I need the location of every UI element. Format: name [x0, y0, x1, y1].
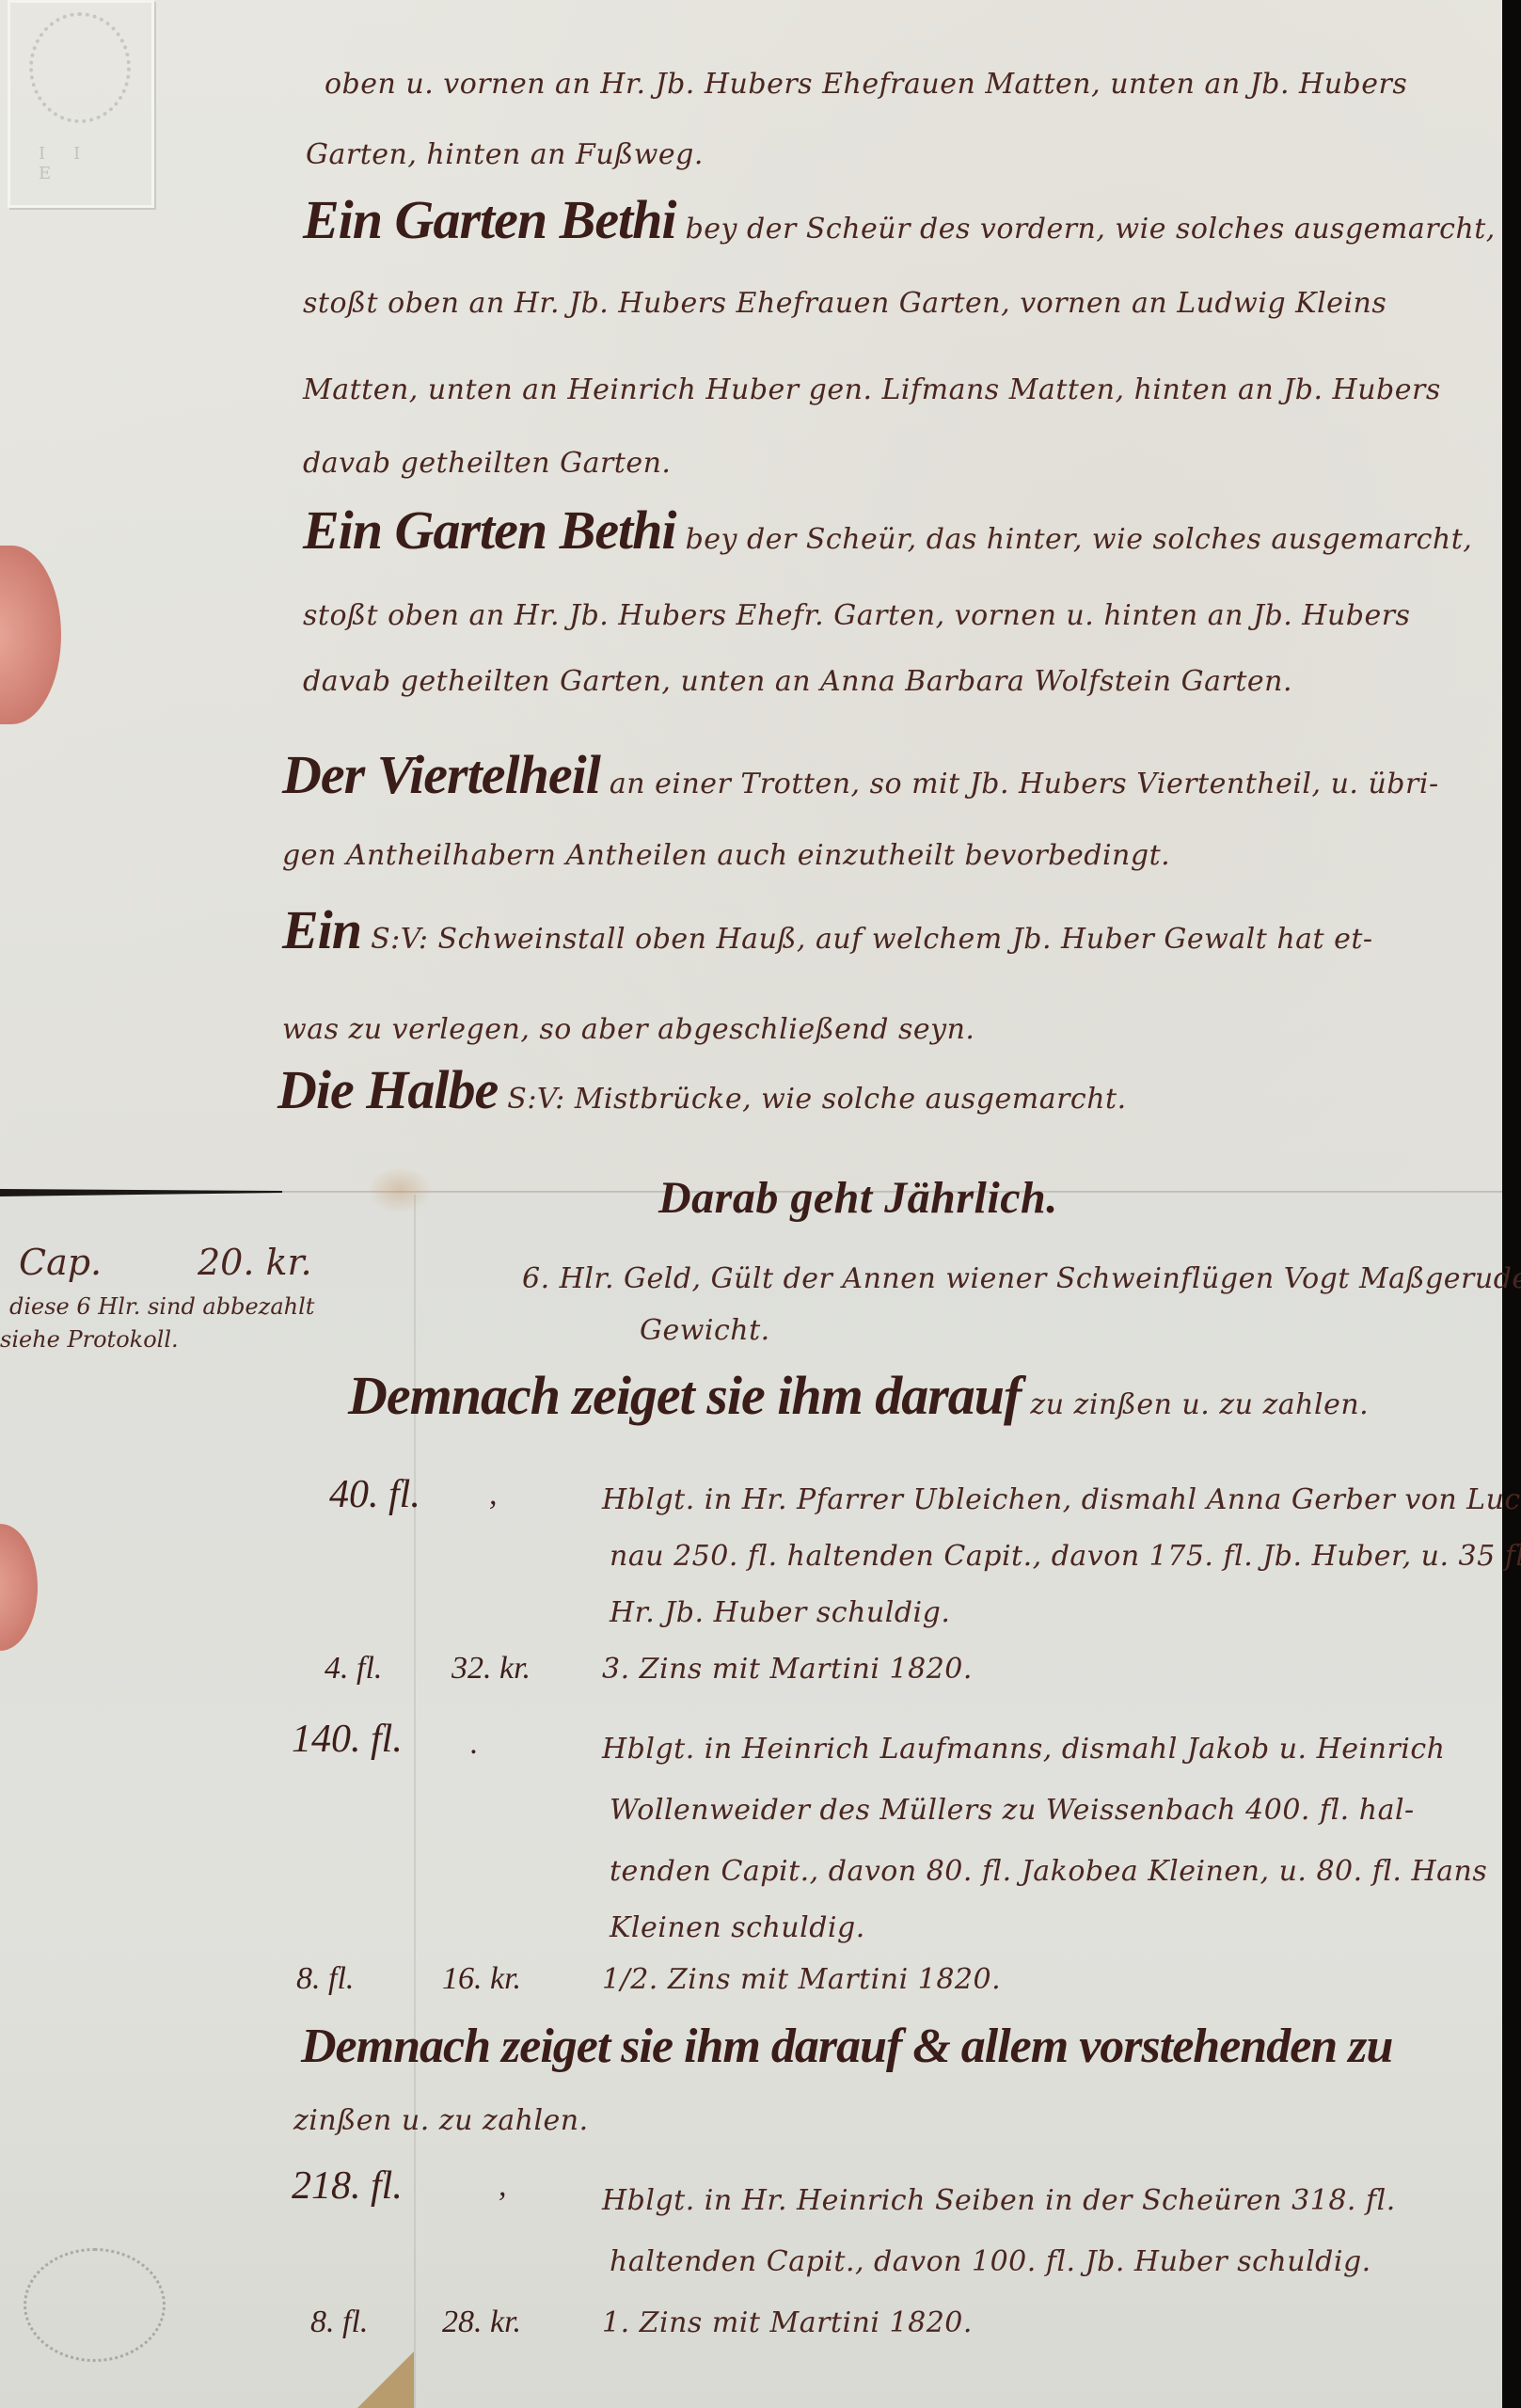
- entry-heading: Demnach zeiget sie ihm darauf: [348, 1365, 1021, 1426]
- amount-florins: 8. fl.: [310, 2305, 368, 2340]
- text-line: Hblgt. in Hr. Heinrich Seiben in der Sch…: [602, 2187, 1396, 2215]
- entry-text: an einer Trotten, so mit Jb. Hubers Vier…: [610, 768, 1439, 800]
- dark-background-edge: [1502, 0, 1521, 2408]
- margin-note-heading: Cap.: [19, 1242, 102, 1283]
- entry-line: Die Halbe S:V: Mistbrücke, wie solche au…: [277, 1063, 1127, 1117]
- amount-kreuzer: 16. kr.: [442, 1961, 521, 1997]
- text-line: Wollenweider des Müllers zu Weissenbach …: [610, 1797, 1415, 1825]
- text-line: nau 250. fl. haltenden Capit., davon 175…: [610, 1543, 1521, 1571]
- wreath-icon: [29, 12, 131, 123]
- entry-line: Ein Garten Bethi bey der Scheür des vord…: [303, 193, 1496, 247]
- fold-stain: [367, 1166, 433, 1213]
- text-line: Kleinen schuldig.: [610, 1914, 865, 1942]
- margin-note-amount: 20. kr.: [198, 1242, 312, 1283]
- text-line: haltenden Capit., davon 100. fl. Jb. Hub…: [610, 2248, 1371, 2276]
- round-seal-icon: [24, 2248, 166, 2362]
- emboss-label: II E: [39, 144, 151, 183]
- margin-note-line: siehe Protokoll.: [0, 1326, 179, 1353]
- entry-line: Ein Garten Bethi bey der Scheür, das hin…: [303, 503, 1472, 558]
- entry-text: bey der Scheür, das hinter, wie solches …: [686, 523, 1473, 556]
- entry-heading: Ein: [282, 899, 361, 960]
- embossed-stamp-icon: II E: [8, 0, 154, 208]
- amount-kreuzer: .: [470, 1726, 479, 1762]
- amount-florins: 40. fl.: [329, 1472, 420, 1517]
- amount-florins: 140. fl.: [292, 1717, 403, 1762]
- text-line: 1/2. Zins mit Martini 1820.: [602, 1966, 1001, 1994]
- entry-text: S:V: Mistbrücke, wie solche ausgemarcht.: [507, 1083, 1126, 1116]
- text-line: 3. Zins mit Martini 1820.: [602, 1655, 973, 1684]
- text-line: Hblgt. in Hr. Pfarrer Ubleichen, dismahl…: [602, 1486, 1521, 1514]
- entry-heading: Der Viertelheil: [282, 744, 600, 805]
- entry-line: Demnach zeiget sie ihm darauf & allem vo…: [301, 2022, 1392, 2071]
- amount-florins: 8. fl.: [296, 1961, 354, 1997]
- entry-text: zu zinßen u. zu zahlen.: [1030, 1388, 1369, 1421]
- section-subheading: Darab geht Jährlich.: [658, 1176, 1058, 1221]
- text-line: Hblgt. in Heinrich Laufmanns, dismahl Ja…: [602, 1735, 1446, 1764]
- amount-florins: 4. fl.: [325, 1651, 382, 1687]
- amount-kreuzer: ,: [489, 1477, 498, 1513]
- entry-heading: Ein Garten Bethi: [303, 189, 676, 250]
- entry-heading: Die Halbe: [277, 1059, 498, 1120]
- text-line: davab getheilten Garten, unten an Anna B…: [303, 668, 1292, 696]
- entry-heading: Ein Garten Bethi: [303, 499, 676, 561]
- text-line: stoßt oben an Hr. Jb. Hubers Ehefr. Gart…: [303, 602, 1410, 630]
- text-line: gen Antheilhabern Antheilen auch einzuth…: [282, 842, 1170, 870]
- amount-florins: 218. fl.: [292, 2163, 403, 2209]
- text-line: 6. Hlr. Geld, Gült der Annen wiener Schw…: [522, 1265, 1521, 1293]
- text-line: tenden Capit., davon 80. fl. Jakobea Kle…: [610, 1858, 1487, 1886]
- amount-kreuzer: ,: [499, 2168, 507, 2204]
- text-line: stoßt oben an Hr. Jb. Hubers Ehefrauen G…: [303, 290, 1386, 318]
- text-line: zinßen u. zu zahlen.: [293, 2107, 589, 2135]
- text-line: Garten, hinten an Fußweg.: [306, 141, 704, 169]
- entry-line: Ein S:V: Schweinstall oben Hauß, auf wel…: [282, 903, 1373, 958]
- amount-kreuzer: 32. kr.: [452, 1651, 531, 1687]
- entry-heading: Demnach zeiget sie ihm darauf & allem vo…: [301, 2020, 1392, 2073]
- text-line: Hr. Jb. Huber schuldig.: [610, 1599, 950, 1627]
- entry-text: bey der Scheür des vordern, wie solches …: [686, 213, 1496, 246]
- text-line: Gewicht.: [640, 1317, 770, 1345]
- text-line: was zu verlegen, so aber abgeschließend …: [282, 1016, 974, 1044]
- margin-note-line: diese 6 Hlr. sind abbezahlt: [9, 1293, 314, 1320]
- text-line: 1. Zins mit Martini 1820.: [602, 2309, 973, 2337]
- entry-text: S:V: Schweinstall oben Hauß, auf welchem…: [371, 923, 1372, 956]
- entry-line: Demnach zeiget sie ihm darauf zu zinßen …: [348, 1369, 1369, 1423]
- text-line: Matten, unten an Heinrich Huber gen. Lif…: [303, 376, 1441, 404]
- entry-line: Der Viertelheil an einer Trotten, so mit…: [282, 748, 1439, 802]
- text-line: davab getheilten Garten.: [303, 450, 671, 478]
- text-line: oben u. vornen an Hr. Jb. Hubers Ehefrau…: [325, 71, 1407, 99]
- amount-kreuzer: 28. kr.: [442, 2305, 521, 2340]
